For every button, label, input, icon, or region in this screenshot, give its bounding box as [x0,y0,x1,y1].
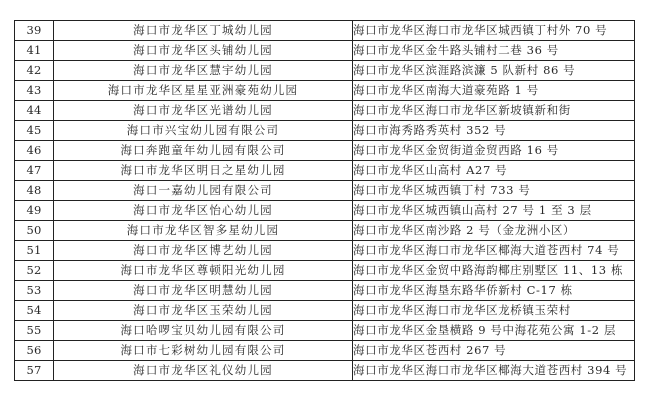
kindergarten-address: 海口市龙华区金牛路头铺村二巷 36 号 [353,41,635,61]
table-row: 54 海口市龙华区玉荣幼儿园 海口市龙华区海口市龙华区龙桥镇玉荣村 [15,301,635,321]
kindergarten-table: 39 海口市龙华区丁城幼儿园 海口市龙华区海口市龙华区城西镇丁村外 70 号 4… [14,20,635,381]
kindergarten-name: 海口市龙华区明慧幼儿园 [54,281,353,301]
row-number: 54 [15,301,54,321]
kindergarten-name: 海口一嘉幼儿园有限公司 [54,181,353,201]
kindergarten-address: 海口市龙华区城西镇山高村 27 号 1 至 3 层 [353,201,635,221]
kindergarten-name: 海口市七彩树幼儿园有限公司 [54,341,353,361]
row-number: 51 [15,241,54,261]
kindergarten-address: 海口市龙华区海口市龙华区龙桥镇玉荣村 [353,301,635,321]
table-row: 47 海口市龙华区明日之星幼儿园 海口市龙华区山高村 A27 号 [15,161,635,181]
kindergarten-name: 海口市龙华区慧宇幼儿园 [54,61,353,81]
table-row: 51 海口市龙华区博艺幼儿园 海口市龙华区海口市龙华区椰海大道苍西村 74 号 [15,241,635,261]
row-number: 41 [15,41,54,61]
kindergarten-name: 海口奔跑童年幼儿园有限公司 [54,141,353,161]
table-body: 39 海口市龙华区丁城幼儿园 海口市龙华区海口市龙华区城西镇丁村外 70 号 4… [15,21,635,381]
kindergarten-list-sheet: 39 海口市龙华区丁城幼儿园 海口市龙华区海口市龙华区城西镇丁村外 70 号 4… [14,20,633,381]
row-number: 42 [15,61,54,81]
kindergarten-name: 海口市龙华区礼仪幼儿园 [54,361,353,381]
row-number: 55 [15,321,54,341]
table-row: 48 海口一嘉幼儿园有限公司 海口市龙华区城西镇丁村 733 号 [15,181,635,201]
kindergarten-address: 海口市龙华区海口市龙华区椰海大道苍西村 74 号 [353,241,635,261]
table-row: 57 海口市龙华区礼仪幼儿园 海口市龙华区海口市龙华区椰海大道苍西村 394 号 [15,361,635,381]
kindergarten-address: 海口市龙华区海口市龙华区城西镇丁村外 70 号 [353,21,635,41]
kindergarten-name: 海口市龙华区玉荣幼儿园 [54,301,353,321]
table-row: 50 海口市龙华区智多星幼儿园 海口市龙华区南沙路 2 号（金龙洲小区） [15,221,635,241]
kindergarten-name: 海口市龙华区头铺幼儿园 [54,41,353,61]
kindergarten-name: 海口市龙华区怡心幼儿园 [54,201,353,221]
row-number: 50 [15,221,54,241]
row-number: 39 [15,21,54,41]
row-number: 56 [15,341,54,361]
kindergarten-address: 海口市龙华区金贸中路海韵椰庄别墅区 11、13 栋 [353,261,635,281]
row-number: 45 [15,121,54,141]
table-row: 46 海口奔跑童年幼儿园有限公司 海口市龙华区金贸街道金贸西路 16 号 [15,141,635,161]
kindergarten-address: 海口市龙华区海口市龙华区新坡镇新和街 [353,101,635,121]
row-number: 49 [15,201,54,221]
kindergarten-name: 海口哈啰宝贝幼儿园有限公司 [54,321,353,341]
kindergarten-name: 海口市龙华区星星亚洲豪苑幼儿园 [54,81,353,101]
kindergarten-address: 海口市龙华区南海大道豪苑路 1 号 [353,81,635,101]
table-row: 55 海口哈啰宝贝幼儿园有限公司 海口市龙华区金垦横路 9 号中海花苑公寓 1-… [15,321,635,341]
kindergarten-name: 海口市龙华区明日之星幼儿园 [54,161,353,181]
table-row: 41 海口市龙华区头铺幼儿园 海口市龙华区金牛路头铺村二巷 36 号 [15,41,635,61]
row-number: 48 [15,181,54,201]
kindergarten-address: 海口市龙华区金垦横路 9 号中海花苑公寓 1-2 层 [353,321,635,341]
kindergarten-name: 海口市龙华区光谱幼儿园 [54,101,353,121]
kindergarten-address: 海口市龙华区滨涯路滨濂 5 队新村 86 号 [353,61,635,81]
table-row: 45 海口市兴宝幼儿园有限公司 海口市海秀路秀英村 352 号 [15,121,635,141]
kindergarten-name: 海口市龙华区尊顿阳光幼儿园 [54,261,353,281]
row-number: 52 [15,261,54,281]
kindergarten-address: 海口市海秀路秀英村 352 号 [353,121,635,141]
row-number: 47 [15,161,54,181]
row-number: 43 [15,81,54,101]
kindergarten-address: 海口市龙华区山高村 A27 号 [353,161,635,181]
kindergarten-name: 海口市龙华区智多星幼儿园 [54,221,353,241]
table-row: 39 海口市龙华区丁城幼儿园 海口市龙华区海口市龙华区城西镇丁村外 70 号 [15,21,635,41]
kindergarten-name: 海口市龙华区丁城幼儿园 [54,21,353,41]
kindergarten-name: 海口市龙华区博艺幼儿园 [54,241,353,261]
kindergarten-address: 海口市龙华区城西镇丁村 733 号 [353,181,635,201]
row-number: 44 [15,101,54,121]
kindergarten-address: 海口市龙华区海垦东路华侨新村 C-17 栋 [353,281,635,301]
kindergarten-address: 海口市龙华区南沙路 2 号（金龙洲小区） [353,221,635,241]
kindergarten-name: 海口市兴宝幼儿园有限公司 [54,121,353,141]
table-row: 56 海口市七彩树幼儿园有限公司 海口市龙华区苍西村 267 号 [15,341,635,361]
table-row: 52 海口市龙华区尊顿阳光幼儿园 海口市龙华区金贸中路海韵椰庄别墅区 11、13… [15,261,635,281]
table-row: 49 海口市龙华区怡心幼儿园 海口市龙华区城西镇山高村 27 号 1 至 3 层 [15,201,635,221]
kindergarten-address: 海口市龙华区金贸街道金贸西路 16 号 [353,141,635,161]
kindergarten-address: 海口市龙华区苍西村 267 号 [353,341,635,361]
table-row: 44 海口市龙华区光谱幼儿园 海口市龙华区海口市龙华区新坡镇新和街 [15,101,635,121]
row-number: 46 [15,141,54,161]
table-row: 42 海口市龙华区慧宇幼儿园 海口市龙华区滨涯路滨濂 5 队新村 86 号 [15,61,635,81]
row-number: 53 [15,281,54,301]
table-row: 43 海口市龙华区星星亚洲豪苑幼儿园 海口市龙华区南海大道豪苑路 1 号 [15,81,635,101]
kindergarten-address: 海口市龙华区海口市龙华区椰海大道苍西村 394 号 [353,361,635,381]
table-row: 53 海口市龙华区明慧幼儿园 海口市龙华区海垦东路华侨新村 C-17 栋 [15,281,635,301]
row-number: 57 [15,361,54,381]
